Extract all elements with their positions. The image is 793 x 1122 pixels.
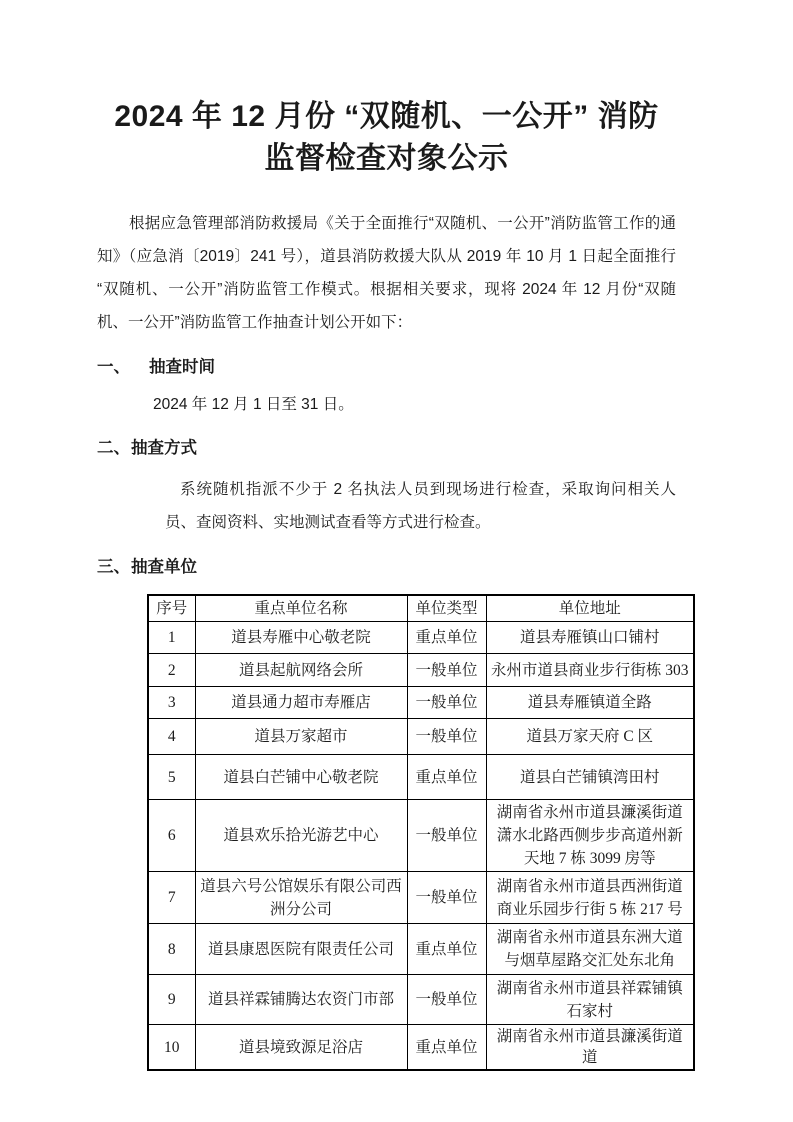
- section-heading-1: 一、抽查时间: [97, 352, 676, 382]
- cell-type: 一般单位: [407, 719, 486, 755]
- cell-seq: 3: [148, 687, 195, 719]
- cell-name: 道县通力超市寿雁店: [195, 687, 407, 719]
- inspection-date: 2024 年 12 月 1 日至 31 日。: [153, 390, 676, 420]
- section-1-marker: 一、: [97, 352, 149, 382]
- cell-type: 一般单位: [407, 800, 486, 872]
- table-row: 5 道县白芒铺中心敬老院 重点单位 道县白芒铺镇湾田村: [148, 755, 694, 800]
- cell-address: 道县白芒铺镇湾田村: [486, 755, 694, 800]
- cell-name: 道县欢乐拾光游艺中心: [195, 800, 407, 872]
- cell-address: 永州市道县商业步行街栋 303: [486, 654, 694, 687]
- cell-type: 重点单位: [407, 622, 486, 654]
- cell-name: 道县六号公馆娱乐有限公司西洲分公司: [195, 872, 407, 924]
- table-row: 8 道县康恩医院有限责任公司 重点单位 湖南省永州市道县东洲大道与烟草屋路交汇处…: [148, 924, 694, 975]
- document-page: 2024 年 12 月份 “双随机、一公开” 消防监督检查对象公示 根据应急管理…: [0, 0, 793, 1122]
- cell-name: 道县起航网络会所: [195, 654, 407, 687]
- page-content: 2024 年 12 月份 “双随机、一公开” 消防监督检查对象公示 根据应急管理…: [0, 0, 793, 1071]
- cell-name: 道县康恩医院有限责任公司: [195, 924, 407, 975]
- cell-name: 道县万家超市: [195, 719, 407, 755]
- cell-seq: 8: [148, 924, 195, 975]
- cell-type: 一般单位: [407, 872, 486, 924]
- table-row: 4 道县万家超市 一般单位 道县万家天府 C 区: [148, 719, 694, 755]
- table-row: 3 道县通力超市寿雁店 一般单位 道县寿雁镇道全路: [148, 687, 694, 719]
- cell-address: 道县寿雁镇山口铺村: [486, 622, 694, 654]
- table-row: 6 道县欢乐拾光游艺中心 一般单位 湖南省永州市道县濂溪街道潇水北路西侧步步高道…: [148, 800, 694, 872]
- cell-address: 湖南省永州市道县濂溪街道道: [486, 1025, 694, 1071]
- cell-address: 道县万家天府 C 区: [486, 719, 694, 755]
- section-heading-3: 三、抽查单位: [97, 552, 676, 582]
- section-2-title: 抽查方式: [131, 439, 197, 457]
- cell-seq: 5: [148, 755, 195, 800]
- cell-name: 道县祥霖铺腾达农资门市部: [195, 975, 407, 1025]
- table-row: 9 道县祥霖铺腾达农资门市部 一般单位 湖南省永州市道县祥霖铺镇石家村: [148, 975, 694, 1025]
- cell-type: 一般单位: [407, 687, 486, 719]
- cell-seq: 6: [148, 800, 195, 872]
- table-row: 1 道县寿雁中心敬老院 重点单位 道县寿雁镇山口铺村: [148, 622, 694, 654]
- section-1-title: 抽查时间: [149, 358, 215, 376]
- cell-seq: 9: [148, 975, 195, 1025]
- units-table: 序号 重点单位名称 单位类型 单位地址 1 道县寿雁中心敬老院 重点单位 道县寿…: [147, 594, 695, 1071]
- cell-address: 湖南省永州市道县濂溪街道潇水北路西侧步步高道州新天地 7 栋 3099 房等: [486, 800, 694, 872]
- cell-seq: 4: [148, 719, 195, 755]
- cell-type: 重点单位: [407, 1025, 486, 1071]
- table-row: 2 道县起航网络会所 一般单位 永州市道县商业步行街栋 303: [148, 654, 694, 687]
- section-3-title: 抽查单位: [131, 558, 197, 576]
- cell-address: 湖南省永州市道县祥霖铺镇石家村: [486, 975, 694, 1025]
- col-header-seq: 序号: [148, 595, 195, 622]
- col-header-address: 单位地址: [486, 595, 694, 622]
- table-header-row: 序号 重点单位名称 单位类型 单位地址: [148, 595, 694, 622]
- col-header-name: 重点单位名称: [195, 595, 407, 622]
- cell-type: 重点单位: [407, 755, 486, 800]
- cell-type: 一般单位: [407, 654, 486, 687]
- col-header-type: 单位类型: [407, 595, 486, 622]
- cell-seq: 1: [148, 622, 195, 654]
- cell-address: 湖南省永州市道县西洲街道商业乐园步行街 5 栋 217 号: [486, 872, 694, 924]
- table-row: 7 道县六号公馆娱乐有限公司西洲分公司 一般单位 湖南省永州市道县西洲街道商业乐…: [148, 872, 694, 924]
- table-row: 10 道县境致源足浴店 重点单位 湖南省永州市道县濂溪街道道: [148, 1025, 694, 1071]
- cell-seq: 7: [148, 872, 195, 924]
- cell-name: 道县境致源足浴店: [195, 1025, 407, 1071]
- section-heading-2: 二、抽查方式: [97, 433, 676, 463]
- cell-name: 道县寿雁中心敬老院: [195, 622, 407, 654]
- cell-address: 湖南省永州市道县东洲大道与烟草屋路交汇处东北角: [486, 924, 694, 975]
- method-paragraph: 系统随机指派不少于 2 名执法人员到现场进行检查，采取询问相关人员、查阅资料、实…: [97, 473, 676, 539]
- cell-seq: 2: [148, 654, 195, 687]
- cell-seq: 10: [148, 1025, 195, 1071]
- cell-type: 重点单位: [407, 924, 486, 975]
- intro-paragraph: 根据应急管理部消防救援局《关于全面推行“双随机、一公开”消防监管工作的通知》（应…: [97, 207, 676, 339]
- cell-address: 道县寿雁镇道全路: [486, 687, 694, 719]
- cell-name: 道县白芒铺中心敬老院: [195, 755, 407, 800]
- document-title: 2024 年 12 月份 “双随机、一公开” 消防监督检查对象公示: [112, 96, 662, 180]
- cell-type: 一般单位: [407, 975, 486, 1025]
- section-3-marker: 三、: [97, 552, 131, 582]
- section-2-marker: 二、: [97, 433, 131, 463]
